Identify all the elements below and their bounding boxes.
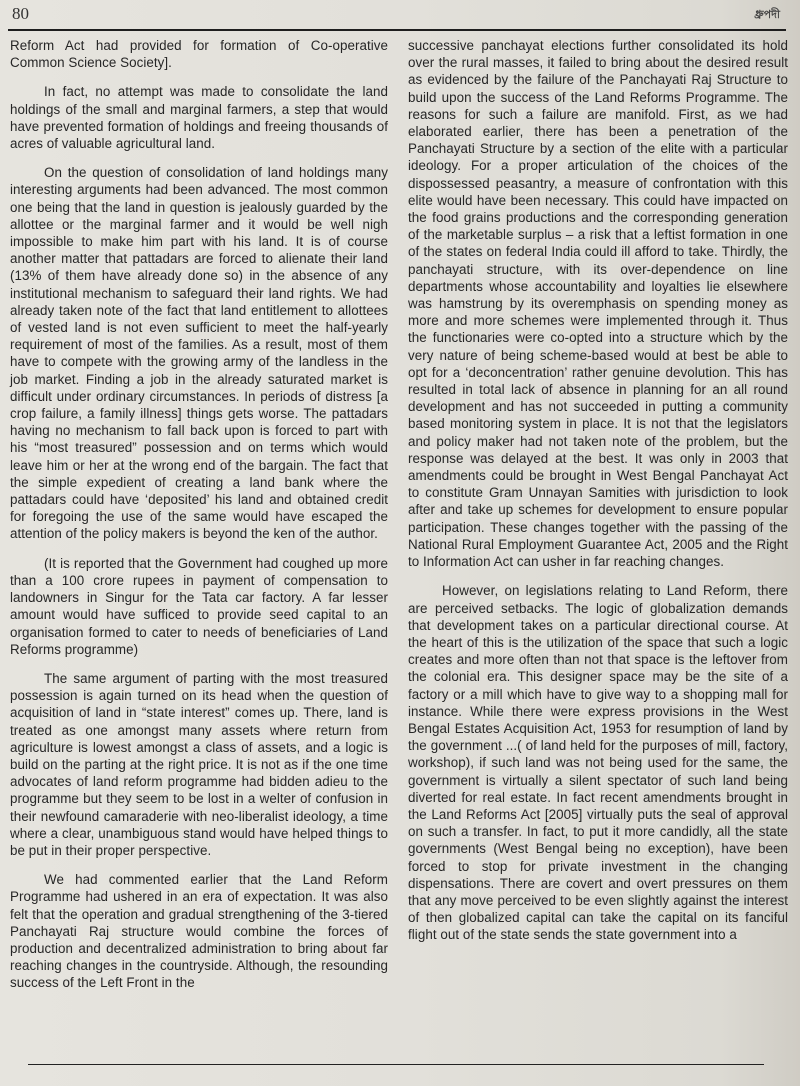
paragraph: (It is reported that the Government had … — [10, 555, 388, 658]
paragraph: The same argument of parting with the mo… — [10, 670, 388, 859]
page-number: 80 — [12, 4, 29, 24]
paragraph: In fact, no attempt was made to consolid… — [10, 83, 388, 152]
footer-rule — [28, 1064, 764, 1065]
article-body: Reform Act had provided for formation of… — [10, 37, 790, 1067]
paragraph: Reform Act had provided for formation of… — [10, 37, 388, 71]
paragraph: We had commented earlier that the Land R… — [10, 871, 388, 991]
page-header: 80 ধ্রুপদী — [8, 0, 786, 31]
paragraph: However, on legislations relating to Lan… — [408, 582, 788, 943]
right-column: successive panchayat elections further c… — [408, 37, 788, 956]
document-page: 80 ধ্রুপদী Reform Act had provided for f… — [0, 0, 800, 1086]
paragraph: successive panchayat elections further c… — [408, 37, 788, 570]
paragraph: On the question of consolidation of land… — [10, 164, 388, 542]
left-column: Reform Act had provided for formation of… — [10, 37, 388, 1004]
masthead-logo: ধ্রুপদী — [754, 6, 780, 25]
